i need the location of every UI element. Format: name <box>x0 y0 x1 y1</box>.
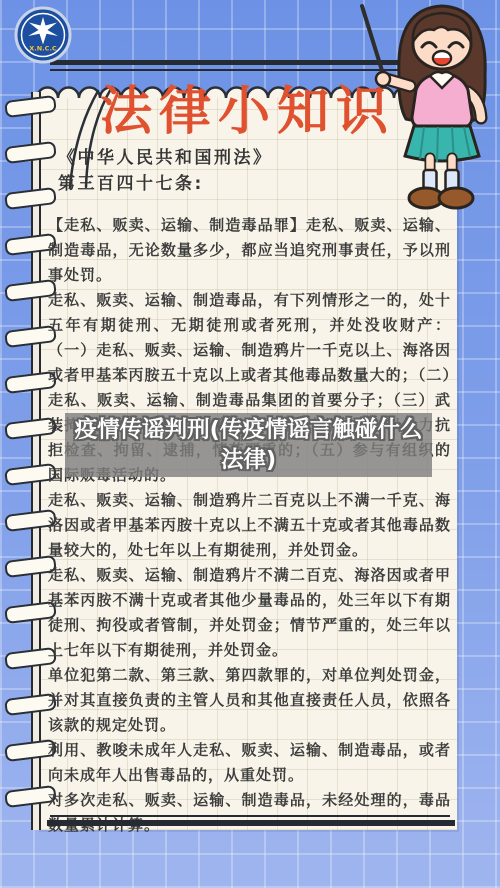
law-paragraph: 走私、贩卖、运输、制造鸦片二百克以上不满一千克、海洛因或者甲基苯丙胺十克以上不满… <box>48 488 451 563</box>
law-paragraph: 利用、教唆未成年人走私、贩卖、运输、制造毒品，或者向未成年人出售毒品的，从重处罚… <box>48 738 451 788</box>
bottom-divider-line <box>47 820 455 826</box>
law-paragraph: 走私、贩卖、运输、制造毒品，有下列情形之一的，处十五年有期徒刑、无期徒刑或者死刑… <box>48 288 451 338</box>
pointer-stick <box>362 6 384 77</box>
narcotics-control-badge: X.N.C.C <box>14 6 72 64</box>
bottom-divider-line-thin <box>50 815 450 817</box>
post-title-overlay: 疫情传谣判刑(传疫情谣言触碰什么法律) <box>65 413 432 477</box>
fist <box>376 72 390 86</box>
right-shoe <box>439 188 473 208</box>
law-paragraph: 走私、贩卖、运输、制造鸦片不满二百克、海洛因或者甲基苯丙胺不满十克或者其他少量毒… <box>48 563 451 663</box>
badge-initials: X.N.C.C <box>29 45 57 53</box>
law-paragraph: 对多次走私、贩卖、运输、制造毒品，未经处理的，毒品数量累计计算。 <box>48 788 451 838</box>
teacher-girl-illustration <box>350 0 500 215</box>
post-title: 疫情传谣判刑(传疫情谣言触碰什么法律) <box>68 415 429 475</box>
law-paragraph: 【走私、贩卖、运输、制造毒品罪】走私、贩卖、运输、制造毒品，无论数量多少，都应当… <box>48 213 451 288</box>
poster-page: 法律小知识 《中华人民共和国刑法》 第三百四十七条: 【走私、贩卖、运输、制造毒… <box>0 0 500 888</box>
article-number: 第三百四十七条: <box>58 169 204 194</box>
law-paragraph: 单位犯第二款、第三款、第四款罪的，对单位判处罚金，并对其直接负责的主管人员和其他… <box>48 663 451 738</box>
law-name: 《中华人民共和国刑法》 <box>58 143 273 168</box>
article-body: 【走私、贩卖、运输、制造毒品罪】走私、贩卖、运输、制造毒品，无论数量多少，都应当… <box>48 213 451 838</box>
